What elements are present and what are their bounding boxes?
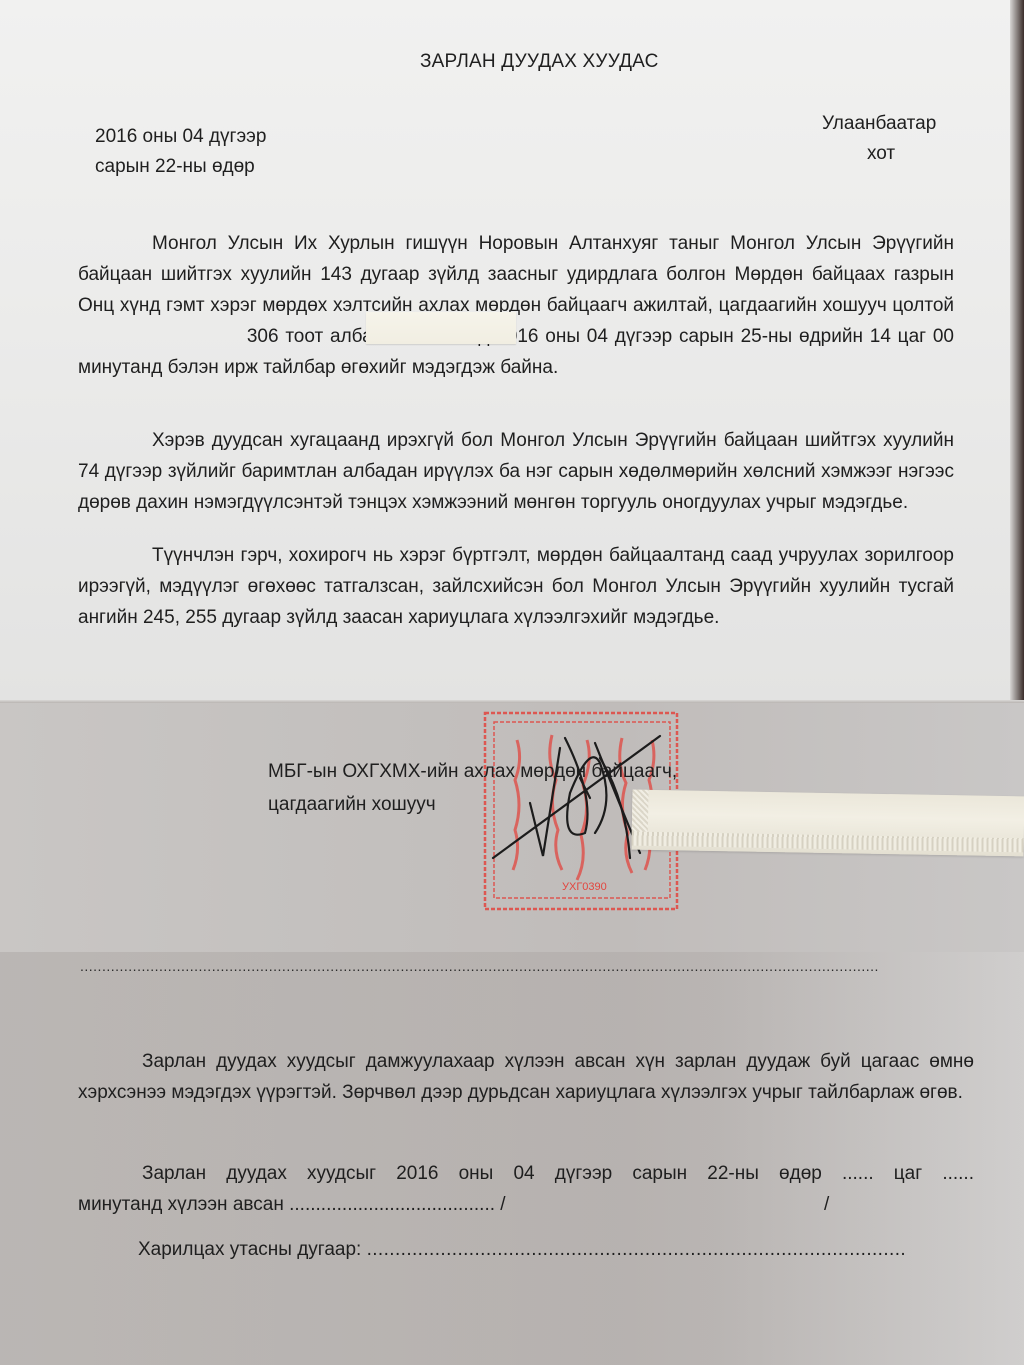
issue-date-line2: сарын 22-ны өдөр bbox=[95, 155, 255, 179]
tape-end bbox=[632, 790, 649, 832]
document-title: ЗАРЛАН ДУУДАХ ХУУДАС bbox=[420, 50, 659, 74]
receipt-signature-blank[interactable]: ....................................... … bbox=[289, 1194, 505, 1215]
phone-blank[interactable]: ........................................… bbox=[367, 1239, 907, 1260]
penalty-paragraph: Хэрэв дуудсан хугацаанд ирэхгүй бол Монг… bbox=[78, 425, 954, 518]
paper-edge-shadow bbox=[1010, 0, 1024, 702]
receipt-label: минутанд хүлээн авсан bbox=[78, 1194, 284, 1215]
paper-fold-line bbox=[0, 700, 1024, 703]
receipt-date-line: Зарлан дуудах хуудсыг 2016 оны 04 дүгээр… bbox=[142, 1163, 974, 1184]
tape-perforation bbox=[632, 832, 1024, 853]
summons-text-start: Монгол Улсын Их Хурлын гишүүн Норовын Ал… bbox=[78, 233, 954, 316]
city-line1: Улаанбаатар bbox=[822, 112, 936, 136]
witness-text: Түүнчлэн гэрч, хохирогч нь хэрэг бүртгэл… bbox=[78, 545, 954, 628]
receipt-section: Зарлан дуудах хуудсыг 2016 оны 04 дүгээр… bbox=[78, 1158, 974, 1220]
penalty-text: Хэрэв дуудсан хугацаанд ирэхгүй бол Монг… bbox=[78, 430, 954, 513]
recipient-obligation-paragraph: Зарлан дуудах хуудсыг дамжуулахаар хүлээ… bbox=[78, 1046, 974, 1108]
issue-date-line1: 2016 оны 04 дүгээр bbox=[95, 125, 266, 149]
tape-strip bbox=[632, 790, 1024, 857]
recipient-obligation-text: Зарлан дуудах хуудсыг дамжуулахаар хүлээ… bbox=[78, 1051, 974, 1103]
redaction-patch bbox=[366, 312, 516, 344]
signer-rank: цагдаагийн хошууч bbox=[268, 793, 436, 817]
phone-label: Харилцах утасны дугаар: bbox=[138, 1239, 361, 1260]
svg-text:УХГ0390: УХГ0390 bbox=[562, 881, 607, 893]
phone-field: Харилцах утасны дугаар: ................… bbox=[138, 1238, 906, 1262]
receipt-name-blank-end: / bbox=[824, 1189, 829, 1220]
summons-text-end: 306 тоот албан тасалгаанд 2016 оны 04 дү… bbox=[78, 326, 954, 378]
summons-paragraph: Монгол Улсын Их Хурлын гишүүн Норовын Ал… bbox=[78, 228, 954, 383]
cut-separator: ........................................… bbox=[80, 958, 965, 982]
witness-paragraph: Түүнчлэн гэрч, хохирогч нь хэрэг бүртгэл… bbox=[78, 540, 954, 633]
city-line2: хот bbox=[867, 142, 895, 166]
